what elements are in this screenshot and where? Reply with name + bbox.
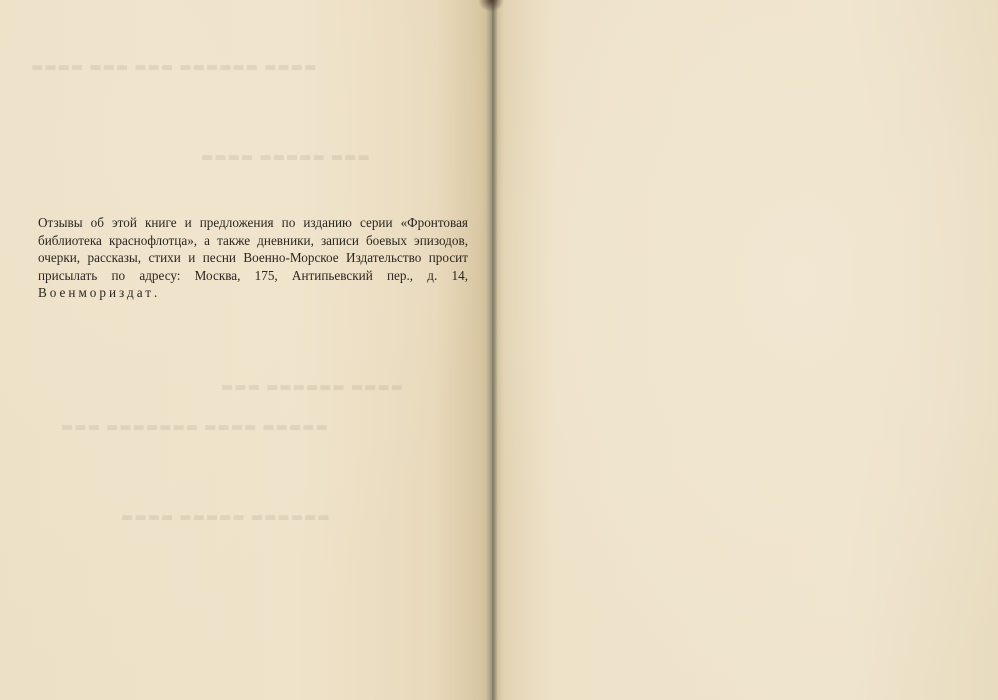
book-spine-gutter — [486, 0, 498, 700]
left-page: ▬▬▬▬ ▬▬▬▬▬▬ ▬▬▬ ▬▬▬ ▬▬▬▬ ▬▬▬ ▬▬▬▬▬ ▬▬▬▬ … — [0, 0, 494, 700]
right-page-blank — [494, 0, 998, 700]
bleed-through-text: ▬▬▬▬▬ ▬▬▬▬ ▬▬▬▬▬▬▬ ▬▬▬ — [60, 420, 328, 435]
notice-body: Отзывы об этой книге и предложения по из… — [38, 215, 468, 283]
binding-shadow — [478, 0, 504, 12]
bleed-through-text: ▬▬▬▬▬▬ ▬▬▬▬▬ ▬▬▬▬ — [120, 510, 330, 525]
bleed-through-text: ▬▬▬▬ ▬▬▬▬▬▬ ▬▬▬ — [220, 380, 403, 395]
notice-end: . — [154, 285, 157, 300]
bleed-through-text: ▬▬▬▬ ▬▬▬▬▬▬ ▬▬▬ ▬▬▬ ▬▬▬▬ — [30, 60, 316, 75]
publisher-name: Военмориздат — [38, 285, 154, 300]
publisher-notice: Отзывы об этой книге и предложения по из… — [38, 214, 468, 302]
bleed-through-text: ▬▬▬ ▬▬▬▬▬ ▬▬▬▬ — [200, 150, 370, 165]
